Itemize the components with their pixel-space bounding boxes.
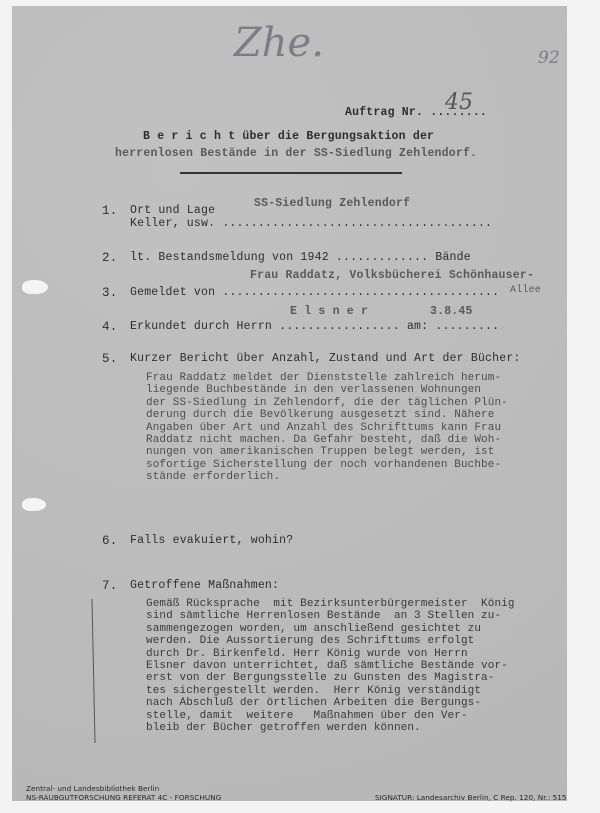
measures-line: nach Abschluß der örtlichen Arbeiten die…	[146, 697, 515, 709]
report-line: Angaben über Art und Anzahl des Schriftt…	[146, 422, 508, 434]
measures-line: Gemäß Rücksprache mit Bezirksunterbürger…	[146, 598, 515, 610]
report-line: Raddatz nicht machen. Da Gefahr besteht,…	[146, 434, 508, 446]
item-number: 4.	[102, 320, 117, 334]
footer-institution: Zentral- und Landesbibliothek Berlin	[26, 784, 221, 793]
punch-hole	[22, 498, 46, 511]
item-label: Erkundet durch Herrn ................. a…	[130, 320, 499, 333]
order-label-text: Auftrag Nr.	[345, 106, 430, 119]
item-value-date: 3.8.45	[430, 305, 473, 318]
footer-signature: SIGNATUR: Landesarchiv Berlin, C Rep. 12…	[375, 793, 567, 802]
item-label-cont: Keller, usw. ...........................…	[130, 217, 492, 230]
title-underline	[180, 172, 402, 174]
item-number: 3.	[102, 286, 117, 300]
measures-line: durch Dr. Birkenfeld. Herr König wurde v…	[146, 648, 515, 660]
item-value: SS-Siedlung Zehlendorf	[254, 197, 410, 210]
measures-line: sammengezogen worden, um anschließend ge…	[146, 623, 515, 635]
measures-line: sind sämtliche Herrenlosen Bestände an 3…	[146, 610, 515, 622]
report-title: B e r i c h t über die Bergungsaktion de…	[143, 130, 434, 143]
report-line: nungen von amerikanischen Truppen belegt…	[146, 446, 508, 458]
footer-left: Zentral- und Landesbibliothek BerlinNS-R…	[26, 784, 221, 802]
item-label: lt. Bestandsmeldung von 1942 ...........…	[130, 251, 471, 264]
handwritten-initials: Zhe.	[234, 20, 324, 66]
item-value-name: E l s n e r	[290, 305, 368, 318]
report-line: sofortige Sicherstellung der noch vorhan…	[146, 459, 508, 471]
report-line: der SS-Siedlung in Zehlendorf, die der t…	[146, 397, 508, 409]
item-label: Ort und Lage	[130, 204, 215, 217]
item-value-cont: Allee	[510, 285, 541, 296]
item-number: 5.	[102, 352, 117, 366]
measures-line: stelle, damit weitere Maßnahmen über den…	[146, 710, 515, 722]
measures-line: tes sichergestellt werden. Herr König ve…	[146, 685, 515, 697]
item-label: Falls evakuiert, wohin?	[130, 534, 293, 547]
measures-line: bleib der Bücher getroffen werden können…	[146, 722, 515, 734]
report-line: stände erforderlich.	[146, 471, 508, 483]
report-line: derung durch die Bevölkerung ausgesetzt …	[146, 409, 508, 421]
item-number: 1.	[102, 204, 117, 218]
title-rest: über die Bergungsaktion der	[235, 130, 434, 143]
measures-line: Elsner davon unterrichtet, daß sämtliche…	[146, 660, 515, 672]
report-paragraph: Frau Raddatz meldet der Dienststelle zah…	[146, 372, 508, 484]
item-number: 2.	[102, 251, 117, 265]
punch-hole	[22, 280, 48, 294]
footer-department: NS-RAUBGUTFORSCHUNG REFERAT 4C - FORSCHU…	[26, 793, 221, 802]
measures-line: werden. Die Aussortierung des Schrifttum…	[146, 635, 515, 647]
measures-line: erst von der Bergungsstelle zu Gunsten d…	[146, 672, 515, 684]
order-number: 45	[445, 90, 473, 115]
measures-paragraph: Gemäß Rücksprache mit Bezirksunterbürger…	[146, 598, 515, 734]
folio-number: 92	[538, 48, 560, 68]
item-label: Gemeldet von ...........................…	[130, 286, 499, 299]
report-line: liegende Buchbestände in den verlassenen…	[146, 384, 508, 396]
item-number: 6.	[102, 534, 117, 548]
title-spaced: B e r i c h t	[143, 130, 235, 143]
item-label: Kurzer Bericht über Anzahl, Zustand und …	[130, 352, 521, 365]
item-label: Getroffene Maßnahmen:	[130, 579, 279, 592]
document-page: Zhe. 92 Auftrag Nr. ........ 45 B e r i …	[12, 6, 567, 801]
item-value: Frau Raddatz, Volksbücherei Schönhauser-	[250, 269, 534, 282]
report-line: Frau Raddatz meldet der Dienststelle zah…	[146, 372, 508, 384]
report-subtitle: herrenlosen Bestände in der SS-Siedlung …	[115, 147, 477, 160]
margin-pen-line	[91, 599, 95, 743]
item-number: 7.	[102, 579, 117, 593]
